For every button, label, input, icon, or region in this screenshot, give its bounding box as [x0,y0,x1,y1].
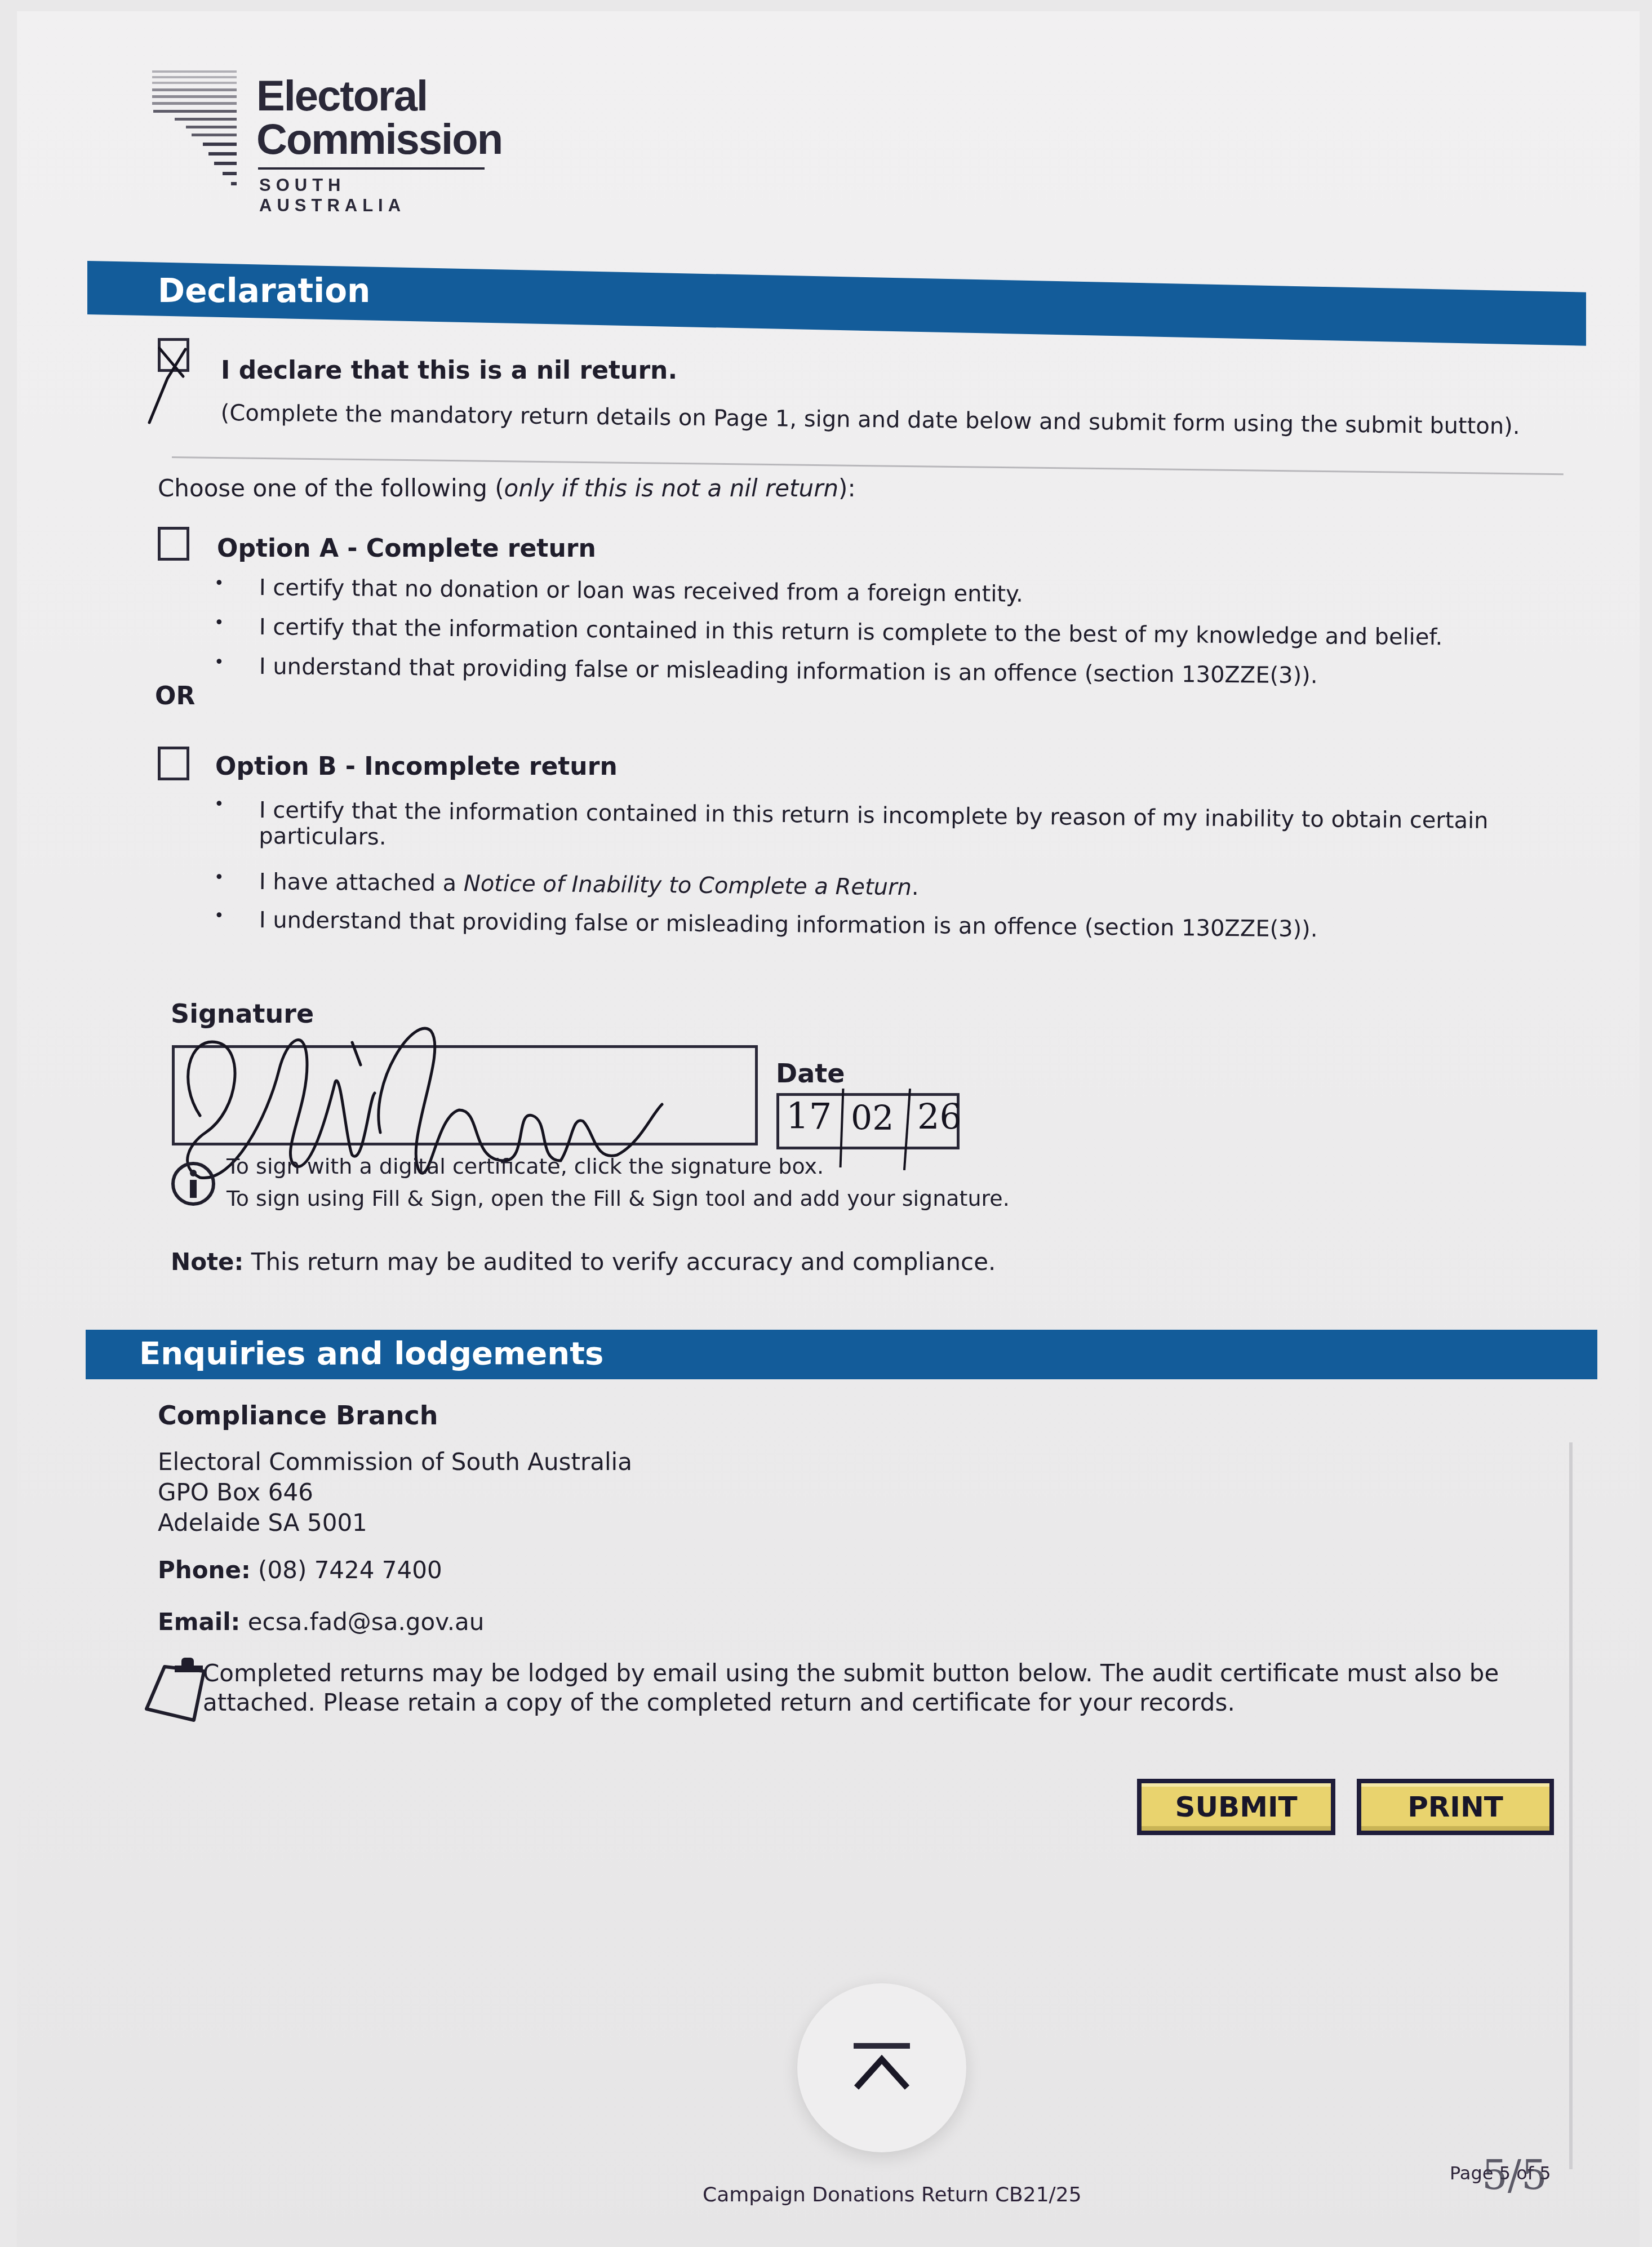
option-b-checkbox[interactable] [158,747,189,780]
or-label: OR [155,682,195,710]
form-page: Electoral Commission SOUTH AUSTRALIA Dec… [17,11,1640,2247]
section-title-enquiries: Enquiries and lodgements [139,1335,603,1372]
chevron-up-icon [848,2040,916,2096]
option-b-label: Option B - Incomplete return [215,752,618,781]
option-b-bullet-3: I understand that providing false or mis… [259,907,1318,942]
email: Email: ecsa.fad@sa.gov.au [158,1608,484,1636]
lodge-info-line-2: attached. Please retain a copy of the co… [203,1689,1235,1716]
option-a-label: Option A - Complete return [217,534,596,563]
lodge-info-line-1: Completed returns may be lodged by email… [203,1659,1499,1687]
logo-line-2: Commission [256,118,502,161]
info-digital-certificate: To sign with a digital certificate, clic… [227,1154,824,1179]
handwritten-page-number: 5/5 [1482,2151,1547,2199]
form-name-footer: Campaign Donations Return CB21/25 [703,2183,1082,2206]
date-day: 17 [786,1096,832,1138]
option-a-bullet-2: I certify that the information contained… [259,614,1443,650]
date-year: 26 [917,1096,962,1137]
logo-divider [258,167,485,170]
option-b-bullet-2: I have attached a Notice of Inability to… [259,869,919,900]
date-month: 02 [851,1099,894,1138]
info-fill-sign: To sign using Fill & Sign, open the Fill… [227,1186,1010,1211]
nil-return-hint: (Complete the mandatory return details o… [221,400,1520,439]
choose-instruction: Choose one of the following (only if thi… [158,474,856,502]
section-header-enquiries: Enquiries and lodgements [86,1330,1597,1379]
option-a-checkbox[interactable] [158,527,189,561]
option-a-bullet-3: I understand that providing false or mis… [259,654,1318,689]
signature-label: Signature [171,998,314,1029]
print-button[interactable]: PRINT [1357,1779,1554,1835]
phone: Phone: (08) 7424 7400 [158,1556,442,1584]
option-b-bullet-1: I certify that the information contained… [259,797,1489,860]
section-title-declaration: Declaration [158,272,370,310]
scrollbar-track[interactable] [1569,1442,1573,2169]
nil-return-checkbox[interactable] [158,338,189,372]
ecsa-logo: Electoral Commission SOUTH AUSTRALIA [152,70,501,200]
email-link[interactable]: ecsa.fad@sa.gov.au [240,1608,484,1636]
compliance-branch: Compliance Branch [158,1400,438,1431]
option-a-bullet-1: I certify that no donation or loan was r… [259,575,1023,607]
date-label: Date [776,1058,845,1089]
scroll-to-top-button[interactable] [797,1983,966,2152]
audit-note: Note: This return may be audited to veri… [171,1248,996,1276]
logo-subtitle: SOUTH AUSTRALIA [259,175,501,216]
logo-line-1: Electoral [256,75,427,118]
address-line-3: Adelaide SA 5001 [158,1509,367,1537]
nil-return-label: I declare that this is a nil return. [221,356,677,385]
divider [172,456,1564,475]
sa-map-dots-icon [152,70,248,189]
signature-field[interactable] [172,1045,758,1145]
submit-button[interactable]: SUBMIT [1137,1779,1335,1835]
info-icon [170,1161,216,1207]
address-line-2: GPO Box 646 [158,1478,313,1506]
section-header-declaration: Declaration [87,261,1586,346]
address-line-1: Electoral Commission of South Australia [158,1448,632,1476]
